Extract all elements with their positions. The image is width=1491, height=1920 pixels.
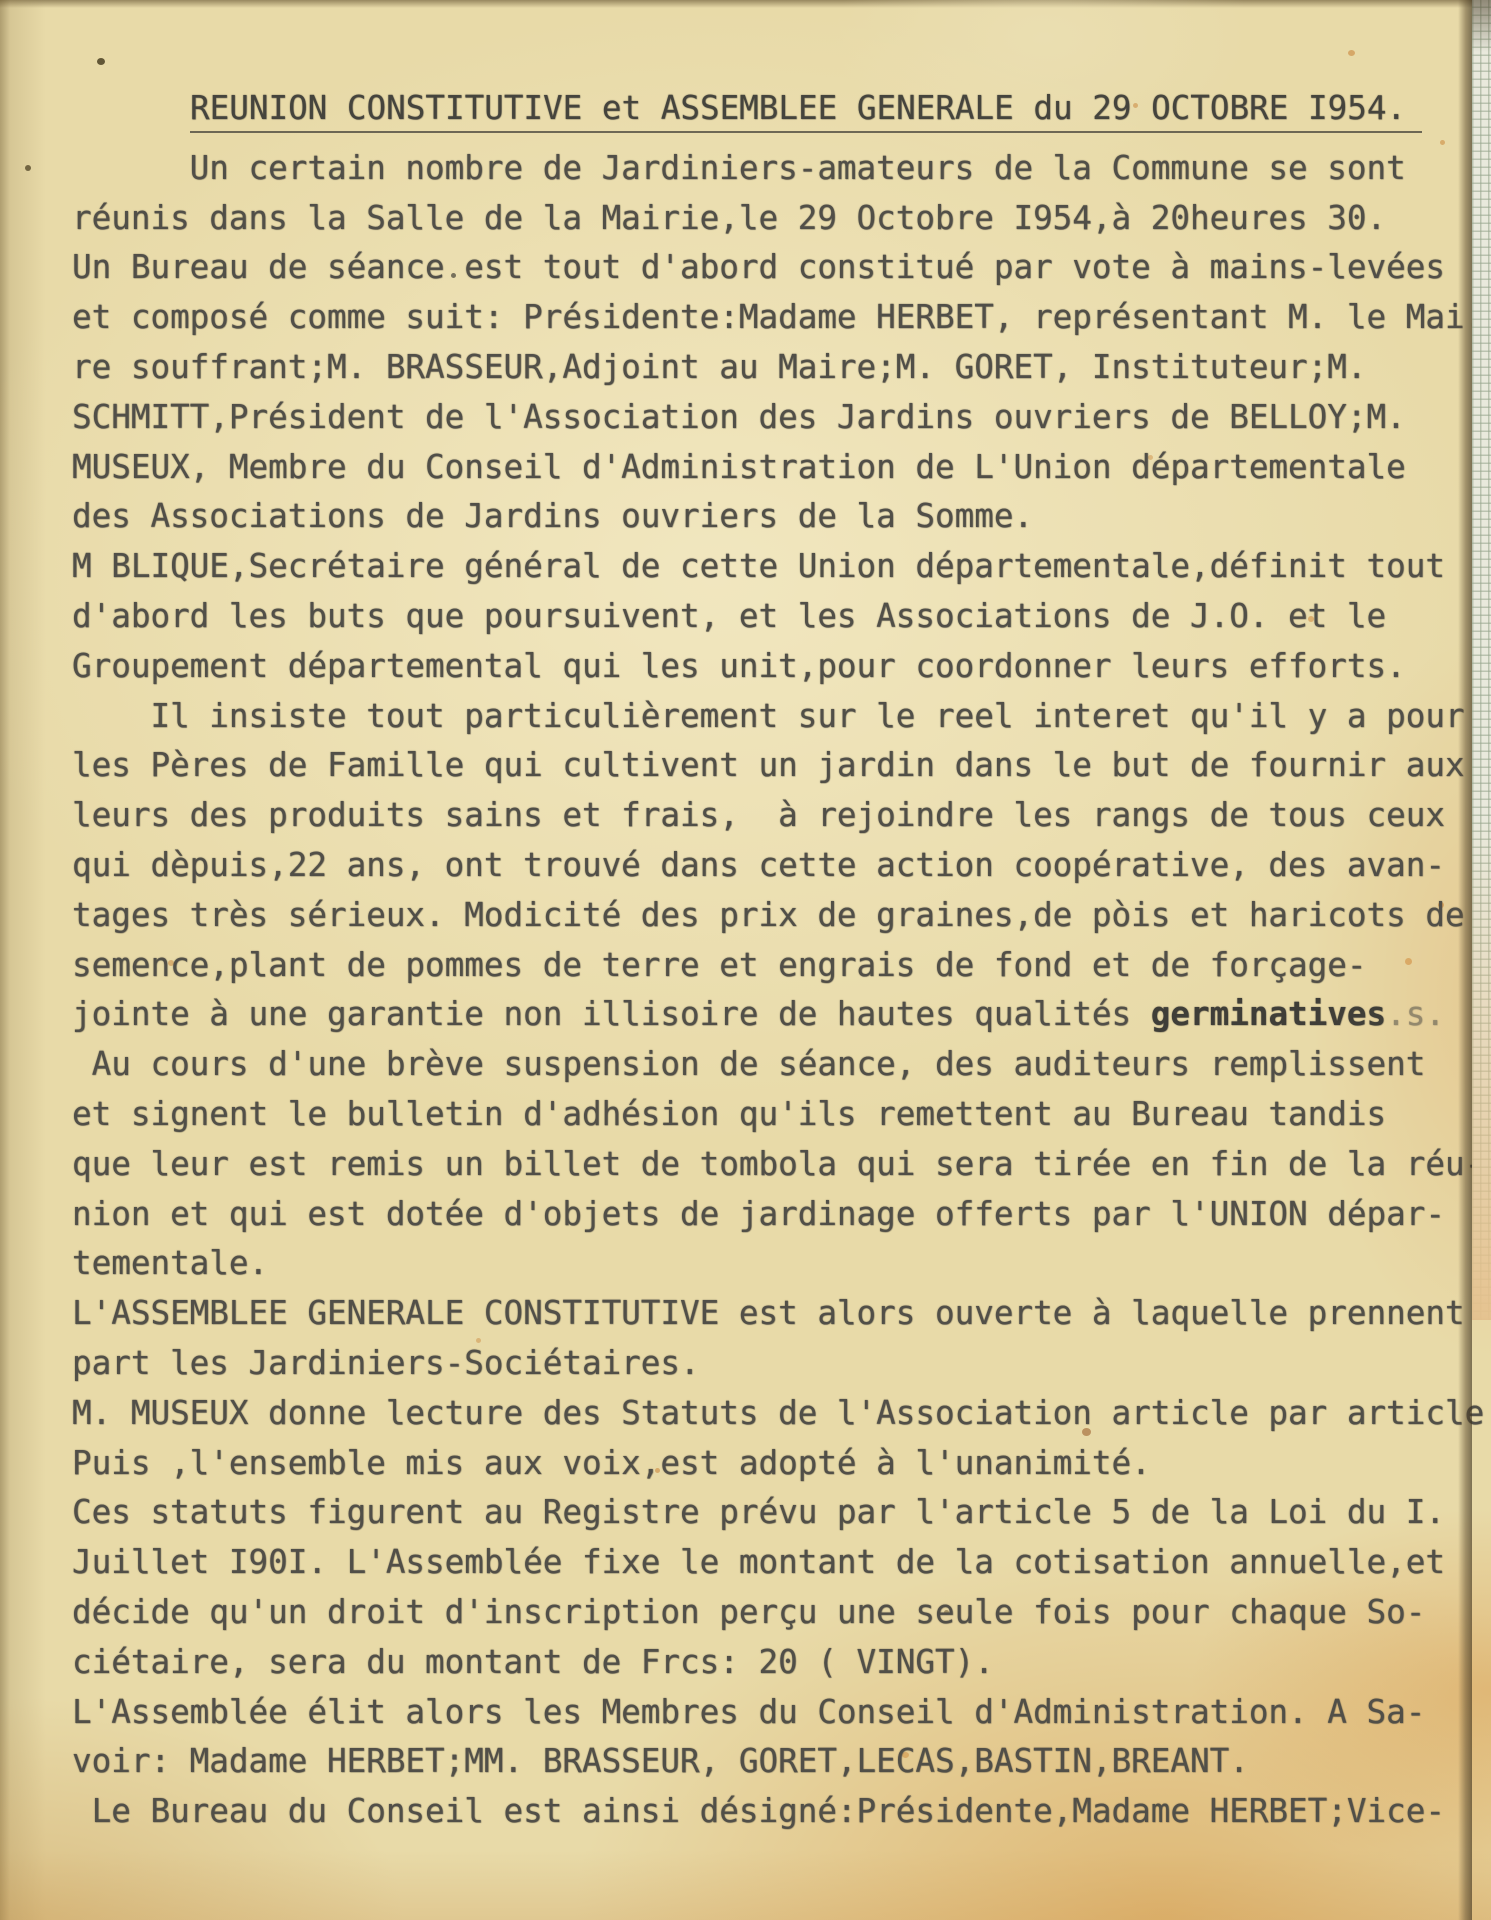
text-segment: Juillet I90I. L'Assemblée fixe le montan… [72,1543,1445,1581]
text-line: et signent le bulletin d'adhésion qu'ils… [72,1090,1491,1140]
text-line: re souffrant;M. BRASSEUR,Adjoint au Mair… [72,343,1491,393]
text-segment: Ces statuts figurent au Registre prévu p… [72,1493,1445,1531]
text-line: tementale. [72,1239,1491,1289]
text-segment: ciétaire, sera du montant de Frcs: 20 ( … [72,1643,994,1681]
text-segment: Un certain nombre de Jardiniers-amateurs… [72,149,1406,187]
text-line: Puis ,l'ensemble mis aux voix,est adopté… [72,1439,1491,1489]
text-segment: tementale. [72,1244,268,1282]
text-segment: .s. [1386,995,1445,1033]
document-text: REUNION CONSTITUTIVE et ASSEMBLEE GENERA… [72,84,1491,1837]
text-line: Il insiste tout particulièrement sur le … [72,692,1491,742]
text-segment: part les Jardiniers-Sociétaires. [72,1344,700,1382]
text-segment: SCHMITT,Président de l'Association des J… [72,398,1406,436]
text-segment: leurs des produits sains et frais, à rej… [72,796,1445,834]
text-line: L'ASSEMBLEE GENERALE CONSTITUTIVE est al… [72,1289,1491,1339]
text-segment: M BLIQUE,Secrétaire général de cette Uni… [72,547,1445,585]
stain-spot [97,58,105,65]
text-line: tages très sérieux. Modicité des prix de… [72,891,1491,941]
text-line: Groupement départemental qui les unit,po… [72,642,1491,692]
text-line: que leur est remis un billet de tombola … [72,1140,1491,1190]
text-segment: germinatives [1151,995,1386,1033]
text-line: réunis dans la Salle de la Mairie,le 29 … [72,194,1491,244]
text-line: Un Bureau de séance est tout d'abord con… [72,243,1491,293]
text-line: décide qu'un droit d'inscription perçu u… [72,1588,1491,1638]
scanned-document-page: REUNION CONSTITUTIVE et ASSEMBLEE GENERA… [0,0,1491,1920]
text-segment: que leur est remis un billet de tombola … [72,1145,1484,1183]
text-line: nion et qui est dotée d'objets de jardin… [72,1190,1491,1240]
text-segment: des Associations de Jardins ouvriers de … [72,497,1033,535]
text-line: part les Jardiniers-Sociétaires. [72,1339,1491,1389]
text-segment: L'ASSEMBLEE GENERALE CONSTITUTIVE est al… [72,1294,1465,1332]
text-segment: Puis ,l'ensemble mis aux voix,est adopté… [72,1444,1151,1482]
stain-spot [1348,50,1355,56]
text-line: ciétaire, sera du montant de Frcs: 20 ( … [72,1638,1491,1688]
text-line: Ces statuts figurent au Registre prévu p… [72,1488,1491,1538]
text-line: les Pères de Famille qui cultivent un ja… [72,741,1491,791]
page-edge-shadow [1458,0,1472,1920]
text-segment: décide qu'un droit d'inscription perçu u… [72,1593,1425,1631]
text-segment: d'abord les buts que poursuivent, et les… [72,597,1386,635]
text-segment: qui dèpuis,22 ans, ont trouvé dans cette… [72,846,1445,884]
text-line: Au cours d'une brève suspension de séanc… [72,1040,1491,1090]
text-line: qui dèpuis,22 ans, ont trouvé dans cette… [72,841,1491,891]
text-segment: et signent le bulletin d'adhésion qu'ils… [72,1095,1386,1133]
text-line: jointe à une garantie non illisoire de h… [72,990,1491,1040]
text-line: M BLIQUE,Secrétaire général de cette Uni… [72,542,1491,592]
text-line: d'abord les buts que poursuivent, et les… [72,592,1491,642]
text-segment: Le Bureau du Conseil est ainsi désigné:P… [72,1792,1445,1830]
text-segment: voir: Madame HERBET;MM. BRASSEUR, GORET,… [72,1742,1249,1780]
text-line: Le Bureau du Conseil est ainsi désigné:P… [72,1787,1491,1837]
text-line: L'Assemblée élit alors les Membres du Co… [72,1688,1491,1738]
text-segment: tages très sérieux. Modicité des prix de… [72,896,1465,934]
page-title: REUNION CONSTITUTIVE et ASSEMBLEE GENERA… [72,84,1491,134]
adjacent-grid-paper-edge [1472,0,1491,1320]
text-line: voir: Madame HERBET;MM. BRASSEUR, GORET,… [72,1737,1491,1787]
text-segment: Un Bureau de séance est tout d'abord con… [72,248,1445,286]
text-segment: L'Assemblée élit alors les Membres du Co… [72,1693,1425,1731]
text-line: semence,plant de pommes de terre et engr… [72,941,1491,991]
text-segment: nion et qui est dotée d'objets de jardin… [72,1195,1445,1233]
text-segment: Au cours d'une brève suspension de séanc… [72,1045,1425,1083]
text-segment: M. MUSEUX donne lecture des Statuts de l… [72,1394,1484,1432]
stain-spot [25,165,31,171]
text-segment: semence,plant de pommes de terre et engr… [72,946,1367,984]
text-line: et composé comme suit: Présidente:Madame… [72,293,1491,343]
text-line: Un certain nombre de Jardiniers-amateurs… [72,144,1491,194]
text-segment: réunis dans la Salle de la Mairie,le 29 … [72,199,1386,237]
text-line: des Associations de Jardins ouvriers de … [72,492,1491,542]
text-line: MUSEUX, Membre du Conseil d'Administrati… [72,443,1491,493]
text-line: leurs des produits sains et frais, à rej… [72,791,1491,841]
text-segment: MUSEUX, Membre du Conseil d'Administrati… [72,448,1406,486]
text-line: Juillet I90I. L'Assemblée fixe le montan… [72,1538,1491,1588]
text-segment: et composé comme suit: Présidente:Madame… [72,298,1484,336]
text-segment: re souffrant;M. BRASSEUR,Adjoint au Mair… [72,348,1367,386]
text-segment: jointe à une garantie non illisoire de h… [72,995,1151,1033]
text-line: M. MUSEUX donne lecture des Statuts de l… [72,1389,1491,1439]
text-segment: Il insiste tout particulièrement sur le … [72,697,1465,735]
text-segment: les Pères de Famille qui cultivent un ja… [72,746,1465,784]
text-segment: Groupement départemental qui les unit,po… [72,647,1406,685]
page-title-underlined-text: REUNION CONSTITUTIVE et ASSEMBLEE GENERA… [190,89,1422,133]
document-body-lines: Un certain nombre de Jardiniers-amateurs… [72,144,1491,1837]
text-line: SCHMITT,Président de l'Association des J… [72,393,1491,443]
